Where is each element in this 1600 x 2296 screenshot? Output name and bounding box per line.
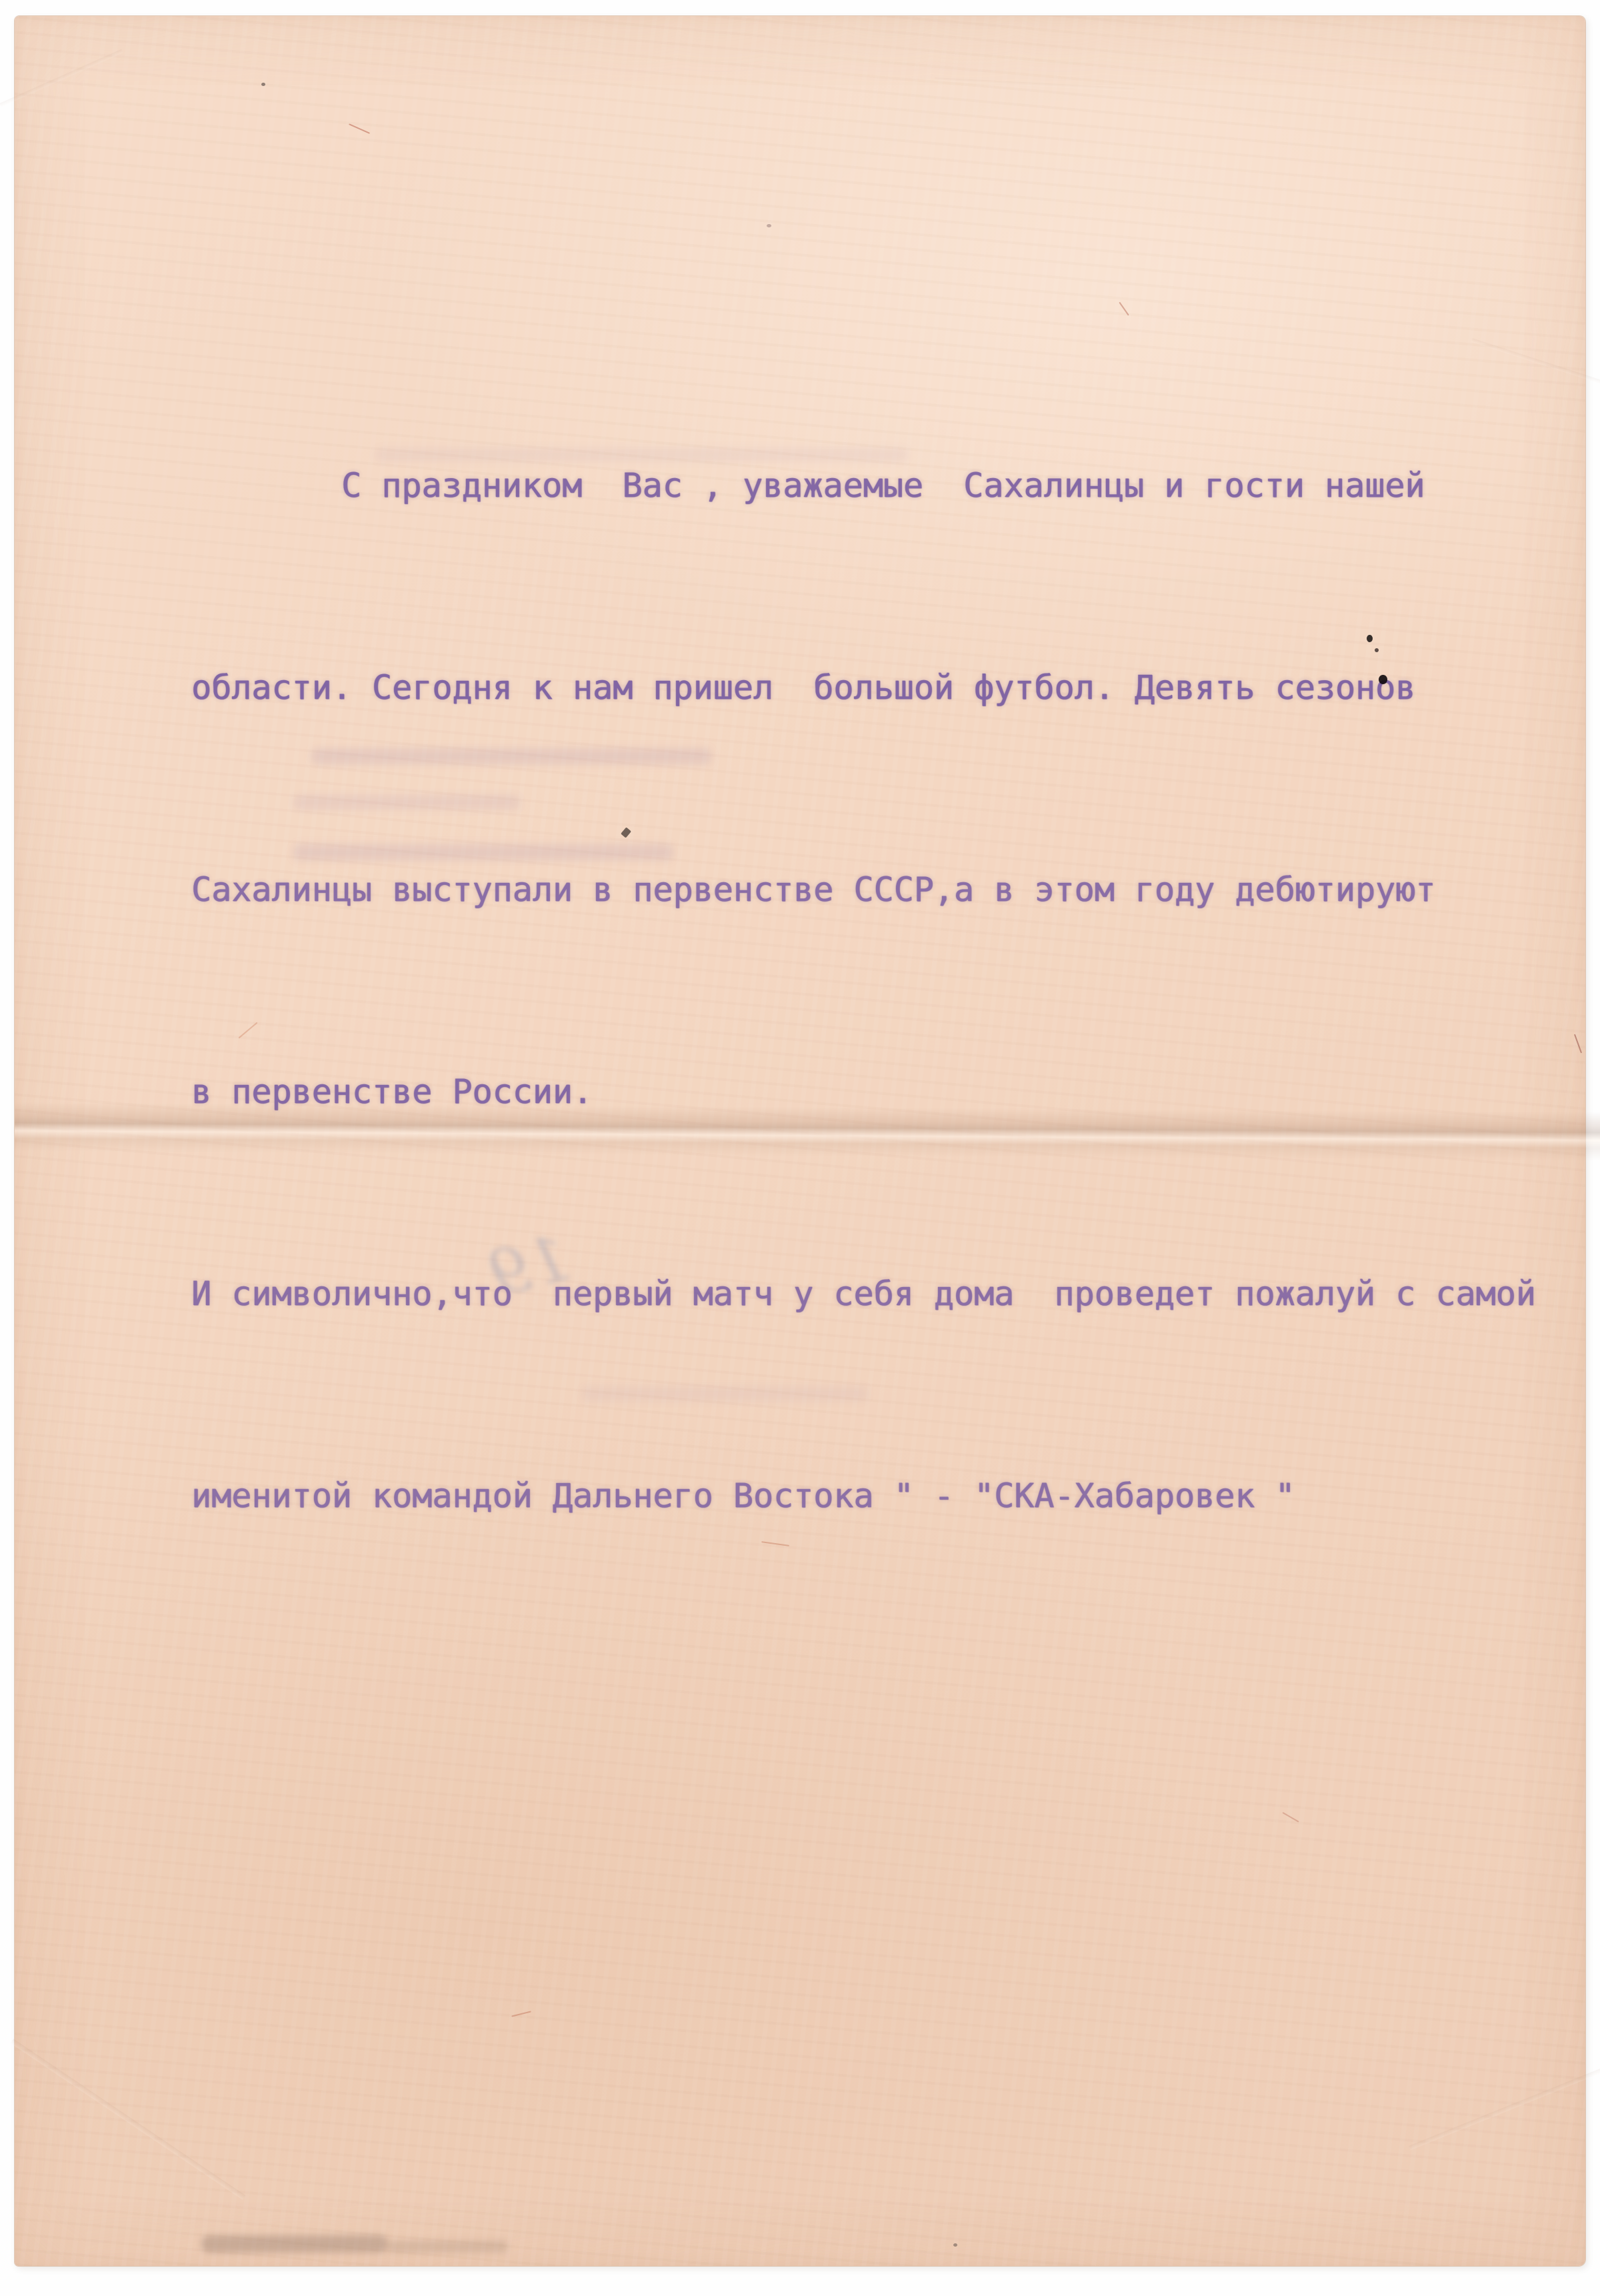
dirt-speck bbox=[953, 2243, 957, 2247]
paper-sheet: С праздником Вас , уважаемые Сахалинцы и… bbox=[15, 16, 1585, 2266]
paper-fiber bbox=[349, 123, 370, 134]
scanned-document: С праздником Вас , уважаемые Сахалинцы и… bbox=[0, 0, 1600, 2296]
typed-text-block: С праздником Вас , уважаемые Сахалинцы и… bbox=[191, 317, 1600, 1664]
wrinkle-crease bbox=[1409, 2061, 1600, 2151]
paper-fiber bbox=[1282, 1812, 1299, 1823]
typed-line: С праздником Вас , уважаемые Сахалинцы и… bbox=[191, 452, 1600, 519]
fold-crease bbox=[15, 1102, 1600, 1162]
typed-line: Сахалинцы выступали в первенстве СССР,а … bbox=[191, 856, 1600, 924]
typed-line: области. Сегодня к нам пришел большой фу… bbox=[191, 654, 1600, 722]
paper-fiber bbox=[1119, 302, 1129, 316]
typed-line: И символично,что первый матч у себя дома… bbox=[191, 1260, 1600, 1328]
typed-line: именитой командой Дальнего Востока " - "… bbox=[191, 1462, 1600, 1530]
wrinkle-crease bbox=[935, 77, 1135, 91]
wrinkle-crease bbox=[11, 2039, 246, 2199]
dirt-speck bbox=[261, 83, 265, 86]
edge-smudge bbox=[201, 2235, 388, 2253]
paper-fiber bbox=[511, 2011, 531, 2017]
wrinkle-crease bbox=[0, 49, 123, 107]
edge-smudge bbox=[388, 2241, 508, 2253]
dirt-speck bbox=[767, 224, 771, 227]
